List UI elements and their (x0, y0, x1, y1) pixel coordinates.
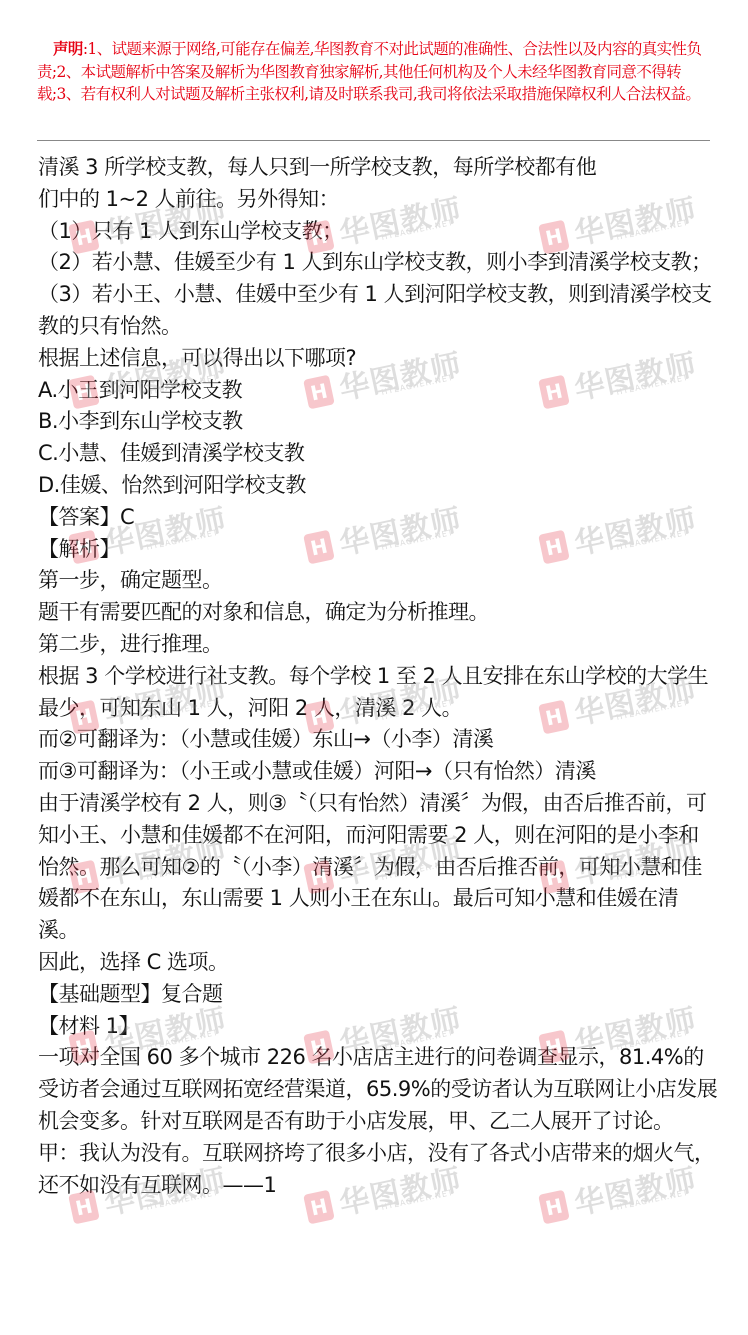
question-stem-line: 们中的 1~2 人前往。另外得知： (38, 184, 718, 216)
material-label: 【材料 1】 (38, 1011, 718, 1043)
material-paragraph: 甲：我认为没有。互联网挤垮了很多小店，没有了各式小店带来的烟火气，还不如没有互联… (38, 1138, 718, 1202)
answer-line: 【答案】C (38, 502, 718, 534)
analysis-step: 题干有需要匹配的对象和信息，确定为分析推理。 (38, 597, 718, 629)
question-stem-line: 清溪 3 所学校支教，每人只到一所学校支教，每所学校都有他 (38, 152, 718, 184)
condition-1: （1）只有 1 人到东山学校支教； (38, 216, 718, 248)
analysis-step: 根据 3 个学校进行社支教。每个学校 1 至 2 人且安排在东山学校的大学生最少… (38, 661, 718, 725)
analysis-label: 【解析】 (38, 534, 718, 566)
analysis-step: 第二步，进行推理。 (38, 629, 718, 661)
material-paragraph: 一项对全国 60 多个城市 226 名小店店主进行的问卷调查显示，81.4%的受… (38, 1042, 718, 1137)
answer-label: 【答案】 (38, 505, 120, 529)
separator-rule (37, 140, 710, 141)
analysis-step: 而③可翻译为：（小王或小慧或佳媛）河阳→（只有怡然）清溪 (38, 756, 718, 788)
condition-2: （2）若小慧、佳媛至少有 1 人到东山学校支教，则小李到清溪学校支教； (38, 247, 718, 279)
answer-value: C (120, 505, 134, 529)
analysis-step: 而②可翻译为：（小慧或佳媛）东山→（小李）清溪 (38, 724, 718, 756)
question-type-label: 【基础题型】复合题 (38, 979, 718, 1011)
disclaimer-text: :1、试题来源于网络,可能存在偏差,华图教育不对此试题的准确性、合法性以及内容的… (37, 40, 701, 103)
question-prompt: 根据上述信息，可以得出以下哪项? (38, 343, 718, 375)
document-body: 清溪 3 所学校支教，每人只到一所学校支教，每所学校都有他 们中的 1~2 人前… (38, 152, 718, 1201)
disclaimer: 声明:1、试题来源于网络,可能存在偏差,华图教育不对此试题的准确性、合法性以及内… (37, 38, 717, 106)
analysis-step: 第一步，确定题型。 (38, 565, 718, 597)
option-a: A.小王到河阳学校支教 (38, 375, 718, 407)
option-d: D.佳媛、怡然到河阳学校支教 (38, 470, 718, 502)
option-c: C.小慧、佳媛到清溪学校支教 (38, 438, 718, 470)
analysis-conclusion: 因此，选择 C 选项。 (38, 947, 718, 979)
option-b: B.小李到东山学校支教 (38, 406, 718, 438)
condition-3: （3）若小王、小慧、佳媛中至少有 1 人到河阳学校支教，则到清溪学校支教的只有怡… (38, 279, 718, 343)
disclaimer-label: 声明 (53, 39, 83, 58)
analysis-step: 由于清溪学校有 2 人，则③〝（只有怡然）清溪〞为假，由否后推否前，可知小王、小… (38, 788, 718, 947)
